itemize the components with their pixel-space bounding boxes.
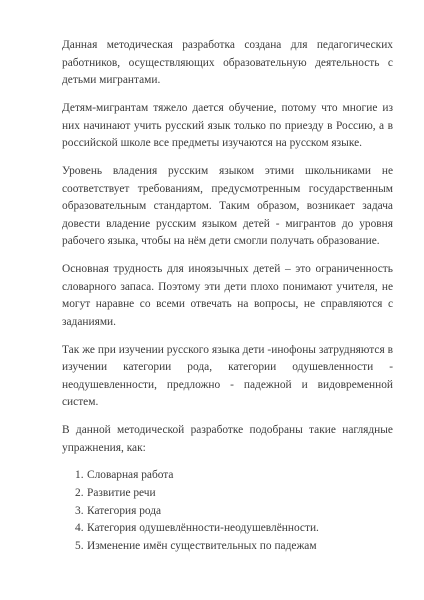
list-item-text: Категория одушевлённости-неодушевлённост…: [87, 522, 319, 534]
list-item-number: 5.: [75, 538, 87, 556]
list-item-text: Категория рода: [87, 505, 161, 517]
list-item: 1.Словарная работа: [62, 467, 393, 485]
paragraph-exercises-intro: В данной методической разработке подобра…: [62, 422, 393, 457]
list-item: 4.Категория одушевлённости-неодушевлённо…: [62, 520, 393, 538]
paragraph-vocabulary: Основная трудность для иноязычных детей …: [62, 261, 393, 331]
paragraph-language-level: Уровень владения русским языком этими шк…: [62, 163, 393, 251]
list-item: 2.Развитие речи: [62, 485, 393, 503]
list-item-text: Развитие речи: [87, 487, 156, 499]
list-item-number: 4.: [75, 520, 87, 538]
list-item-number: 2.: [75, 485, 87, 503]
list-item-number: 3.: [75, 503, 87, 521]
list-item-text: Словарная работа: [87, 469, 173, 481]
document-page: Данная методическая разработка создана д…: [0, 0, 424, 600]
list-item: 3.Категория рода: [62, 503, 393, 521]
list-item-number: 1.: [75, 467, 87, 485]
list-item-text: Изменение имён существительных по падежа…: [87, 540, 317, 552]
exercise-list: 1.Словарная работа 2.Развитие речи 3.Кат…: [62, 467, 393, 556]
paragraph-intro: Данная методическая разработка создана д…: [62, 37, 393, 90]
paragraph-grammar-issues: Так же при изучении русского языка дети …: [62, 342, 393, 412]
list-item: 5.Изменение имён существительных по паде…: [62, 538, 393, 556]
paragraph-difficulty: Детям-мигрантам тяжело дается обучение, …: [62, 100, 393, 153]
